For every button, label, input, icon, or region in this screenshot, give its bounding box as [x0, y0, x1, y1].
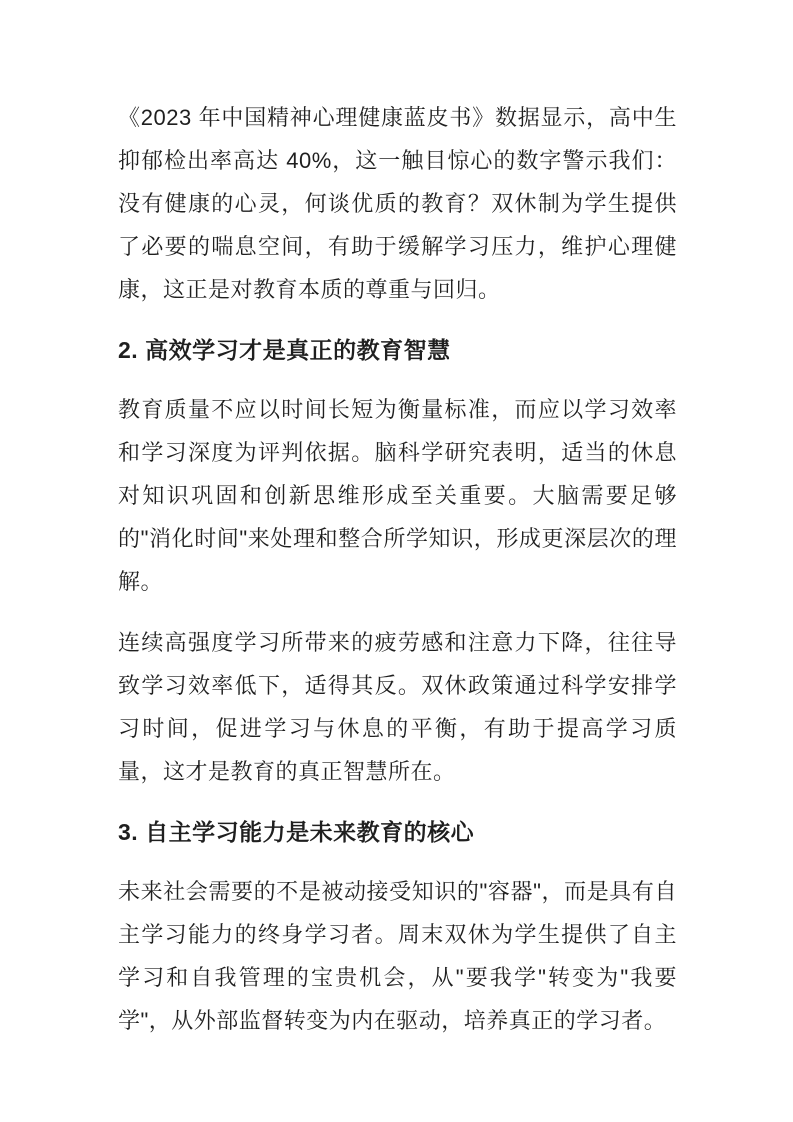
heading-autonomous-learning: 3. 自主学习能力是未来教育的核心 [118, 811, 677, 854]
paragraph-mental-health-data: 《2023 年中国精神心理健康蓝皮书》数据显示，高中生抑郁检出率高达 40%，这… [118, 96, 677, 311]
paragraph-education-quality: 教育质量不应以时间长短为衡量标准，而应以学习效率和学习深度为评判依据。脑科学研究… [118, 388, 677, 603]
paragraph-continuous-study-fatigue: 连续高强度学习所带来的疲劳感和注意力下降，往往导致学习效率低下，适得其反。双休政… [118, 621, 677, 793]
heading-efficient-learning: 2. 高效学习才是真正的教育智慧 [118, 329, 677, 372]
document-page: 《2023 年中国精神心理健康蓝皮书》数据显示，高中生抑郁检出率高达 40%，这… [0, 0, 793, 1122]
paragraph-future-society-learners: 未来社会需要的不是被动接受知识的"容器"，而是具有自主学习能力的终身学习者。周末… [118, 870, 677, 1042]
